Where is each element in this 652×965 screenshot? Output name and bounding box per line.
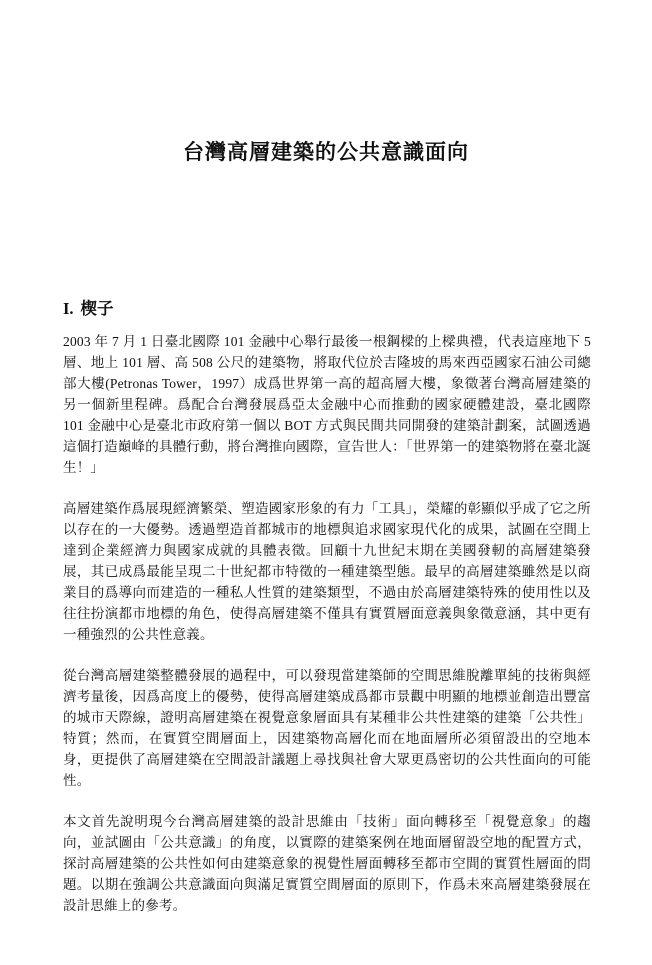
- paragraph-2: 高層建築作爲展現經濟繁榮、塑造國家形象的有力「工具」，榮耀的彰顯似乎成了它之所以…: [63, 498, 591, 645]
- document-page: 台灣高層建築的公共意識面向 I.楔子 2003 年 7 月 1 日臺北國際 10…: [0, 0, 652, 965]
- section-heading: I.楔子: [63, 298, 591, 320]
- paragraph-4: 本文首先說明現今台灣高層建築的設計思維由「技術」面向轉移至「視覺意象」的趨向，並…: [63, 811, 591, 916]
- paragraph-3: 從台灣高層建築整體發展的過程中，可以發現當建築師的空間思維脫離單純的技術與經濟考…: [63, 665, 591, 791]
- section-title: 楔子: [81, 299, 114, 318]
- page-title: 台灣高層建築的公共意識面向: [0, 0, 652, 166]
- paragraph-1: 2003 年 7 月 1 日臺北國際 101 金融中心舉行最後一根鋼樑的上樑典禮…: [63, 331, 591, 478]
- document-body: I.楔子 2003 年 7 月 1 日臺北國際 101 金融中心舉行最後一根鋼樑…: [63, 298, 591, 916]
- section-number: I.: [63, 299, 74, 318]
